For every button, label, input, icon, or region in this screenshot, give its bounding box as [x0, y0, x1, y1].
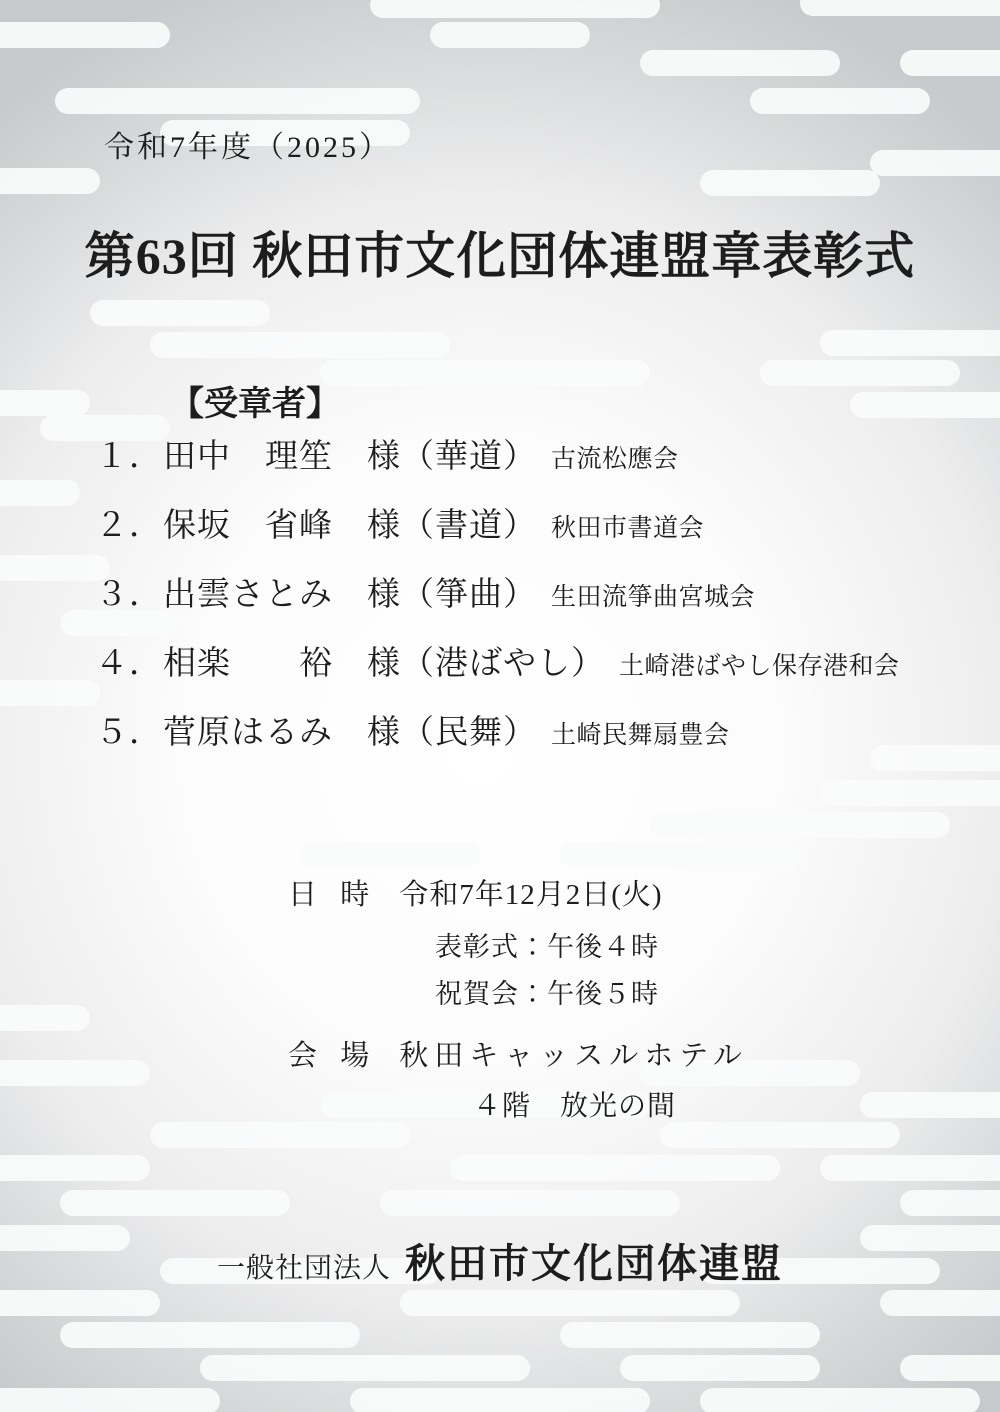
recipient-row: ３．出雲さとみ 様（箏曲）生田流箏曲宮城会 — [95, 568, 900, 615]
datetime-row: 日 時令和7年12月2日(火) — [288, 872, 748, 913]
recipient-category: （書道） — [401, 508, 537, 544]
venue-label: 会 場 — [288, 1040, 377, 1072]
recipient-organization: 生田流箏曲宮城会 — [551, 584, 755, 611]
ceremony-time-row: 表彰式：午後４時 — [435, 925, 748, 964]
flyer-content: 令和7年度（2025） 第63回 秋田市文化団体連盟章表彰式 【受章者】 １．田… — [0, 0, 1000, 1412]
recipient-row: ２．保坂 省峰 様（書道）秋田市書道会 — [95, 499, 900, 546]
venue-floor-row: ４階 放光の間 — [473, 1084, 748, 1124]
recipient-name: 出雲さとみ — [163, 577, 333, 613]
event-details: 日 時令和7年12月2日(火) 表彰式：午後４時 祝賀会：午後５時 会 場秋田キ… — [288, 872, 748, 1124]
recipient-number: ３． — [95, 577, 163, 613]
recipient-number: ５． — [95, 715, 163, 751]
recipient-list: １．田中 理笙 様（華道）古流松應会 ２．保坂 省峰 様（書道）秋田市書道会 ３… — [95, 430, 900, 753]
recipient-name: 相楽 裕 — [163, 646, 333, 682]
recipient-organization: 古流松應会 — [551, 446, 679, 473]
recipients-header: 【受章者】 — [170, 376, 340, 425]
recipient-organization: 秋田市書道会 — [551, 515, 704, 542]
venue-row: 会 場秋田キャッスルホテル — [288, 1033, 748, 1074]
issuer-footer: 一般社団法人秋田市文化団体連盟 — [0, 1232, 1000, 1289]
recipient-organization: 土崎港ばやし保存港和会 — [619, 653, 900, 680]
recipient-honorific: 様 — [333, 508, 401, 544]
recipient-organization: 土崎民舞扇豊会 — [551, 722, 730, 749]
recipient-name: 菅原はるみ — [163, 715, 333, 751]
recipient-number: ４． — [95, 646, 163, 682]
recipient-number: ２． — [95, 508, 163, 544]
recipient-category: （華道） — [401, 439, 537, 475]
recipient-number: １． — [95, 439, 163, 475]
fiscal-year-line: 令和7年度（2025） — [104, 122, 392, 166]
corporation-name: 秋田市文化団体連盟 — [405, 1241, 783, 1286]
page-title: 第63回 秋田市文化団体連盟章表彰式 — [0, 216, 1000, 288]
recipient-honorific: 様 — [333, 646, 401, 682]
venue-value: 秋田キャッスルホテル — [399, 1040, 748, 1072]
recipient-honorific: 様 — [333, 715, 401, 751]
party-time-row: 祝賀会：午後５時 — [435, 972, 748, 1011]
recipient-honorific: 様 — [333, 577, 401, 613]
flyer-page: 令和7年度（2025） 第63回 秋田市文化団体連盟章表彰式 【受章者】 １．田… — [0, 0, 1000, 1412]
recipient-category: （民舞） — [401, 715, 537, 751]
datetime-label: 日 時 — [288, 879, 377, 911]
recipient-row: １．田中 理笙 様（華道）古流松應会 — [95, 430, 900, 477]
recipient-category: （箏曲） — [401, 577, 537, 613]
recipient-row: ５．菅原はるみ 様（民舞）土崎民舞扇豊会 — [95, 706, 900, 753]
recipient-honorific: 様 — [333, 439, 401, 475]
recipient-category: （港ばやし） — [401, 646, 605, 682]
recipient-name: 田中 理笙 — [163, 439, 333, 475]
recipient-row: ４．相楽 裕 様（港ばやし）土崎港ばやし保存港和会 — [95, 637, 900, 684]
datetime-value: 令和7年12月2日(火) — [399, 879, 662, 911]
corporation-type: 一般社団法人 — [217, 1253, 391, 1284]
recipient-name: 保坂 省峰 — [163, 508, 333, 544]
